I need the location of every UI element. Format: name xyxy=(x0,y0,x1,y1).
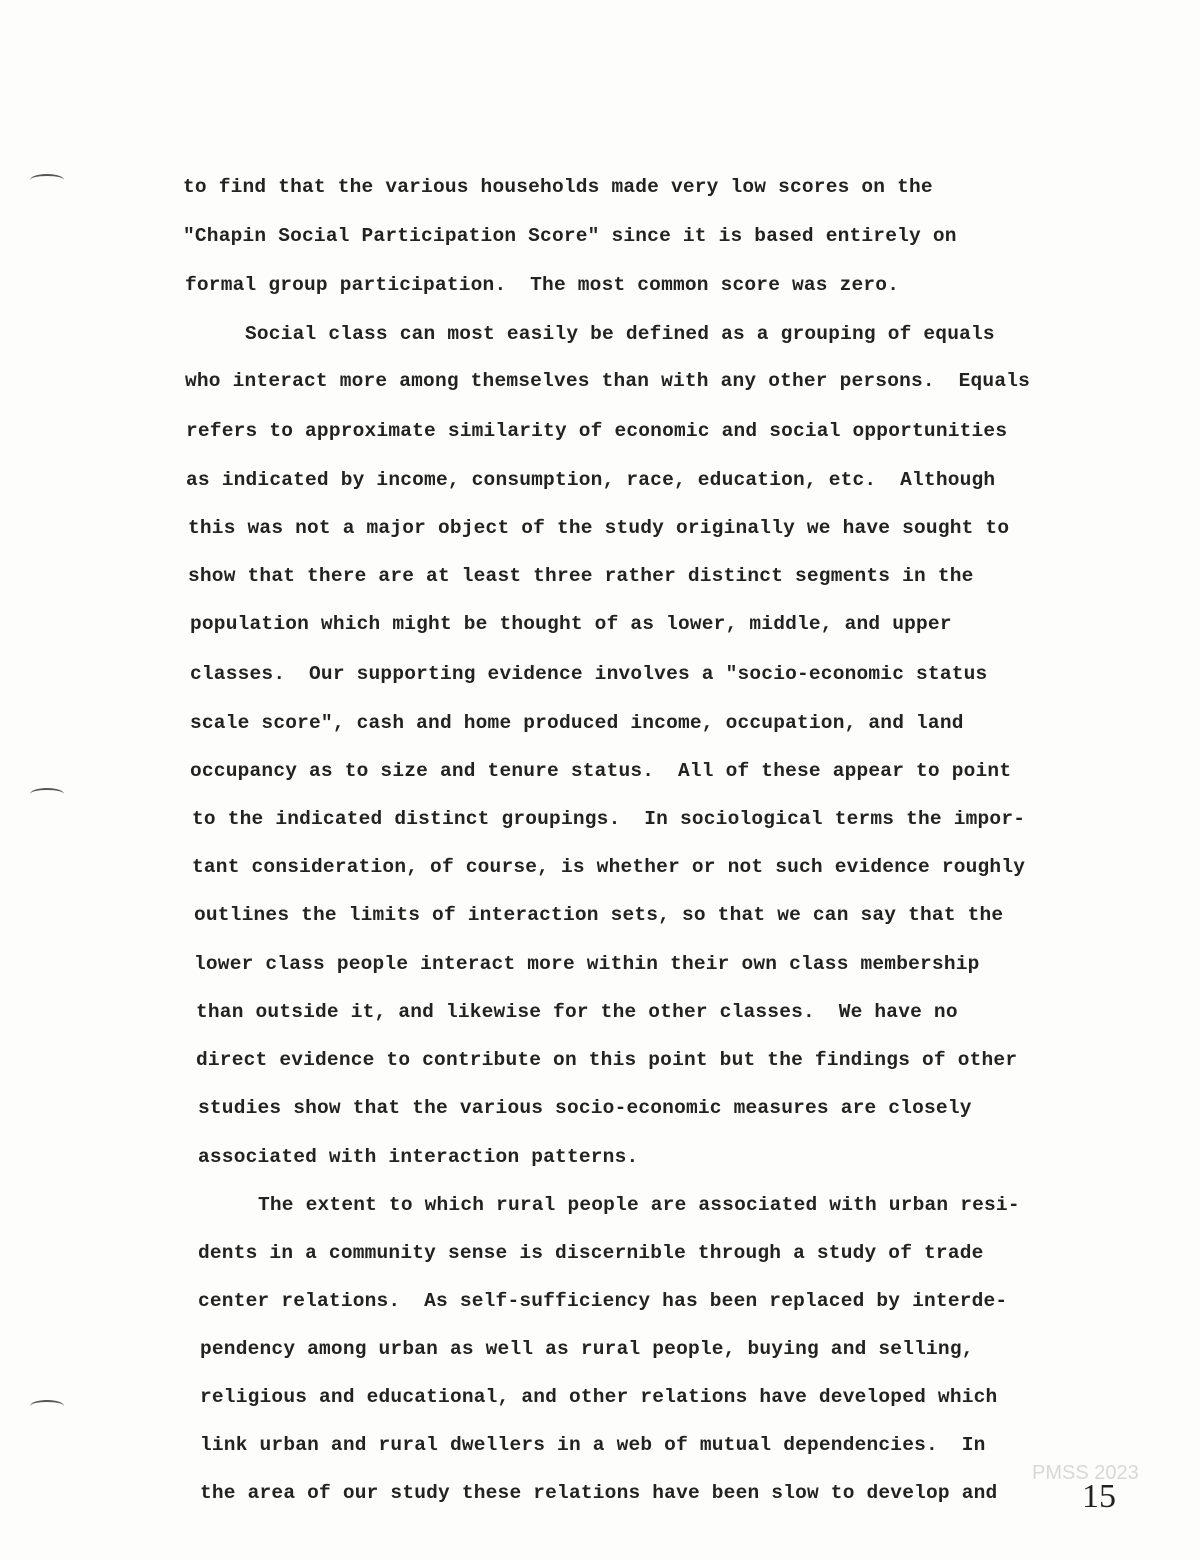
text-line: The extent to which rural people are ass… xyxy=(258,1194,1020,1216)
text-line: associated with interaction patterns. xyxy=(198,1146,638,1168)
text-line: center relations. As self-sufficiency ha… xyxy=(198,1290,1007,1312)
text-line: who interact more among themselves than … xyxy=(185,370,1030,392)
text-line: pendency among urban as well as rural pe… xyxy=(200,1338,974,1360)
text-line: tant consideration, of course, is whethe… xyxy=(192,856,1025,878)
hole-punch-mark xyxy=(30,174,64,186)
text-line: lower class people interact more within … xyxy=(194,953,980,975)
text-line: scale score", cash and home produced inc… xyxy=(190,712,964,734)
text-line: show that there are at least three rathe… xyxy=(188,565,974,587)
text-line: population which might be thought of as … xyxy=(190,613,952,635)
text-line: outlines the limits of interaction sets,… xyxy=(194,904,1003,926)
text-line: formal group participation. The most com… xyxy=(185,274,899,296)
page-number: 15 xyxy=(1082,1478,1116,1516)
text-line: to find that the various households made… xyxy=(183,176,933,198)
text-line: occupancy as to size and tenure status. … xyxy=(190,760,1011,782)
text-line: direct evidence to contribute on this po… xyxy=(196,1049,1017,1071)
text-line: "Chapin Social Participation Score" sinc… xyxy=(183,225,957,247)
text-line: dents in a community sense is discernibl… xyxy=(198,1242,984,1264)
text-line: the area of our study these relations ha… xyxy=(200,1482,997,1504)
text-line: religious and educational, and other rel… xyxy=(200,1386,997,1408)
text-line: this was not a major object of the study… xyxy=(188,517,1009,539)
text-line: link urban and rural dwellers in a web o… xyxy=(200,1434,986,1456)
text-line: as indicated by income, consumption, rac… xyxy=(186,469,995,491)
text-line: studies show that the various socio-econ… xyxy=(198,1097,972,1119)
hole-punch-mark xyxy=(30,1400,64,1412)
hole-punch-mark xyxy=(30,788,64,800)
document-page: to find that the various households made… xyxy=(0,0,1200,1560)
text-line: than outside it, and likewise for the ot… xyxy=(196,1001,958,1023)
text-line: classes. Our supporting evidence involve… xyxy=(190,663,987,685)
text-line: to the indicated distinct groupings. In … xyxy=(192,808,1025,830)
text-line: Social class can most easily be defined … xyxy=(245,323,995,345)
text-line: refers to approximate similarity of econ… xyxy=(186,420,1007,442)
